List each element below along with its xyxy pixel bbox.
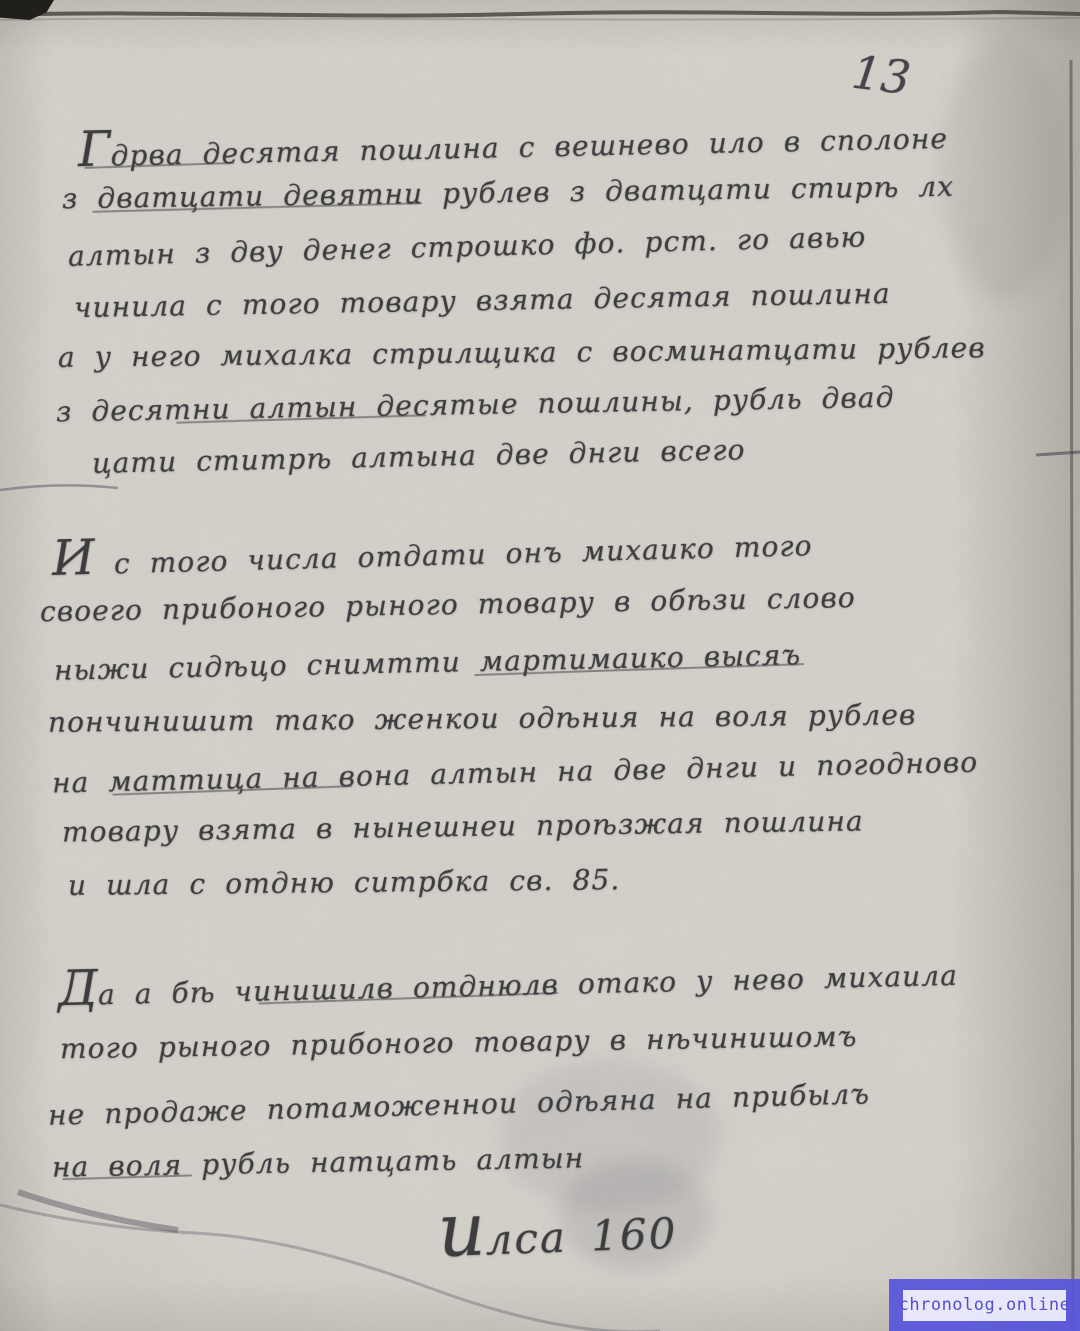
watermark-panel: chronolog.online bbox=[903, 1290, 1066, 1321]
watermark-text: chronolog.online bbox=[899, 1295, 1071, 1315]
manuscript-line: пончинишит тако женкои одѣния на воля ру… bbox=[48, 700, 917, 738]
photo-corner-artifact bbox=[0, 0, 54, 20]
manuscript-line: и шла с отдню ситрбка св. 85. bbox=[68, 865, 621, 902]
manuscript-line: на маттица на вона алтын на две днги и п… bbox=[52, 747, 979, 799]
manuscript-line: на воля рубль натцать алтын bbox=[52, 1143, 585, 1183]
manuscript-page: 13 Гдрва десятая пошлина с вешнево ило в… bbox=[0, 0, 1080, 1331]
manuscript-closing-line: илса 160 bbox=[437, 1198, 678, 1265]
manuscript-line: И с того числа отдати онъ михаико того bbox=[52, 522, 813, 582]
manuscript-line: своего прибоного рыного товару в обѣзи с… bbox=[40, 583, 856, 628]
manuscript-line: цати ститрѣ алтына две днги всего bbox=[92, 435, 746, 479]
manuscript-line: з десятни алтын десятые пошлины, рубль д… bbox=[56, 383, 895, 428]
page-number: 13 bbox=[849, 45, 914, 106]
manuscript-line: а у него михалка стрилщика с восминатцат… bbox=[58, 333, 986, 374]
manuscript-line: того рыного прибоного товару в нѣчинишом… bbox=[60, 1022, 858, 1065]
manuscript-line: Да а бѣ чинишилв отднюлв отако у нево ми… bbox=[58, 952, 959, 1012]
edge-shadow-stain bbox=[940, 40, 1070, 300]
manuscript-line: не продаже потаможеннои одѣяна на прибыл… bbox=[48, 1079, 871, 1131]
watermark-badge: chronolog.online bbox=[889, 1279, 1080, 1331]
manuscript-line: ныжи сидѣцо снимтти мартимаико высяъ bbox=[54, 640, 802, 686]
manuscript-line: товару взята в нынешнеи проѣзжая пошлина bbox=[62, 806, 864, 848]
manuscript-line: Гдрва десятая пошлина с вешнево ило в сп… bbox=[78, 115, 949, 173]
manuscript-line: алтын з дву денег строшко фо. рст. го ав… bbox=[68, 222, 867, 272]
manuscript-line: чинила с того товару взята десятая пошли… bbox=[74, 279, 891, 324]
manuscript-line: з дватцати девятни рублев з дватцати сти… bbox=[62, 172, 955, 215]
